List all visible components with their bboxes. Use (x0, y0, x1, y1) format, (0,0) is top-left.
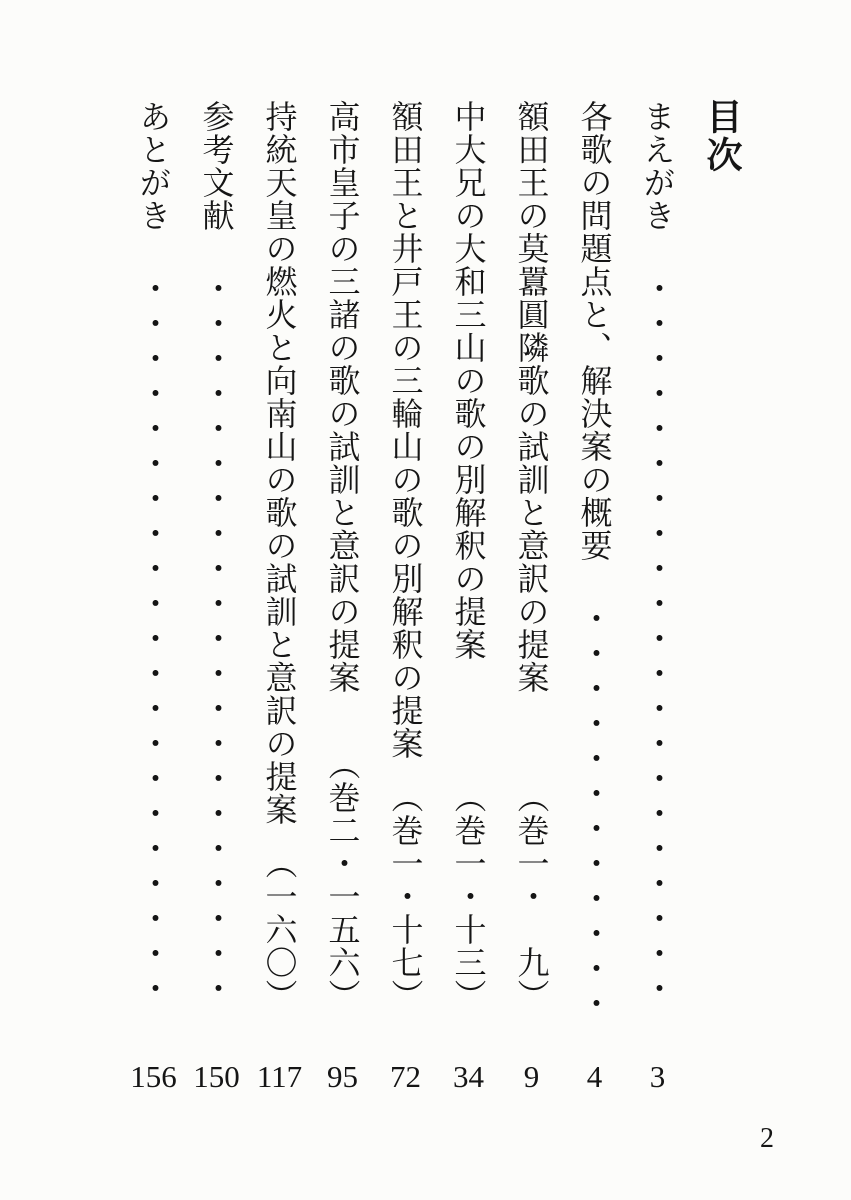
toc-entry: 各歌の問題点と、解決案の概要 ・・・・・・・・・・・・ (563, 100, 626, 1012)
toc-entry-list: まえがき ・・・・・・・・・・・・・・・・・・・・・ 各歌の問題点と、解決案の概… (122, 100, 689, 1012)
toc-entry-page-number: 3 (626, 1058, 689, 1095)
toc-entry-title: 額田王と井戸王の三輪山の歌の別解釈の提案 (390, 100, 422, 760)
dot-leader: ・・・・・・・・・・・・・・・・・・・・・ (642, 272, 674, 1007)
toc-entry: 参考文献 ・・・・・・・・・・・・・・・・・・・・・ (185, 100, 248, 1012)
volume-reference: （一六〇） (264, 847, 296, 1012)
toc-entry: 高市皇子の三諸の歌の試訓と意訳の提案 （巻二・一五六） (311, 100, 374, 1012)
page-title: 目次 (704, 98, 740, 174)
toc-entry-page-number: 9 (500, 1058, 563, 1095)
toc-entry-title: まえがき (642, 100, 674, 232)
toc-entry-page-number: 95 (311, 1058, 374, 1095)
toc-entry-page-number: 4 (563, 1058, 626, 1095)
volume-reference: （巻一・十七） (390, 781, 422, 1012)
toc-entry-page-number: 150 (185, 1058, 248, 1095)
toc-entry-title: 各歌の問題点と、解決案の概要 (579, 100, 611, 562)
toc-entry-title: 高市皇子の三諸の歌の試訓と意訳の提案 (327, 100, 359, 694)
volume-reference: （巻二・一五六） (327, 748, 359, 1012)
toc-entry: あとがき ・・・・・・・・・・・・・・・・・・・・・ (122, 100, 185, 1012)
dot-leader: ・・・・・・・・・・・・・・・・・・・・・ (138, 272, 170, 1007)
volume-reference: （巻一・十三） (453, 781, 485, 1012)
dot-leader: ・・・・・・・・・・・・・・・・・・・・・ (201, 272, 233, 1007)
volume-reference: （巻一・ 九） (516, 781, 548, 1012)
toc-entry: 額田王と井戸王の三輪山の歌の別解釈の提案 （巻一・十七） (374, 100, 437, 1012)
toc-entry-title: 中大兄の大和三山の歌の別解釈の提案 (453, 100, 485, 661)
toc-entry-title: 持統天皇の燃火と向南山の歌の試訓と意訳の提案 (264, 100, 296, 826)
toc-entry-title: あとがき (138, 100, 170, 232)
toc-entry-title: 参考文献 (201, 100, 233, 232)
toc-entry: 額田王の莫囂圓隣歌の試訓と意訳の提案 （巻一・ 九） (500, 100, 563, 1012)
toc-entry-page-number: 34 (437, 1058, 500, 1095)
toc-entry-title: 額田王の莫囂圓隣歌の試訓と意訳の提案 (516, 100, 548, 694)
toc-entry-page-number: 117 (248, 1058, 311, 1095)
toc-entry: 持統天皇の燃火と向南山の歌の試訓と意訳の提案 （一六〇） (248, 100, 311, 1012)
toc-entry-page-number: 72 (374, 1058, 437, 1095)
toc-entry-page-number: 156 (122, 1058, 185, 1095)
toc-entry: まえがき ・・・・・・・・・・・・・・・・・・・・・ (626, 100, 689, 1012)
dot-leader: ・・・・・・・・・・・・ (579, 602, 611, 1022)
folio-page-number: 2 (752, 1122, 782, 1156)
toc-entry: 中大兄の大和三山の歌の別解釈の提案 （巻一・十三） (437, 100, 500, 1012)
toc-page-number-row: 3 4 9 34 72 95 117 150 156 (122, 1058, 689, 1095)
